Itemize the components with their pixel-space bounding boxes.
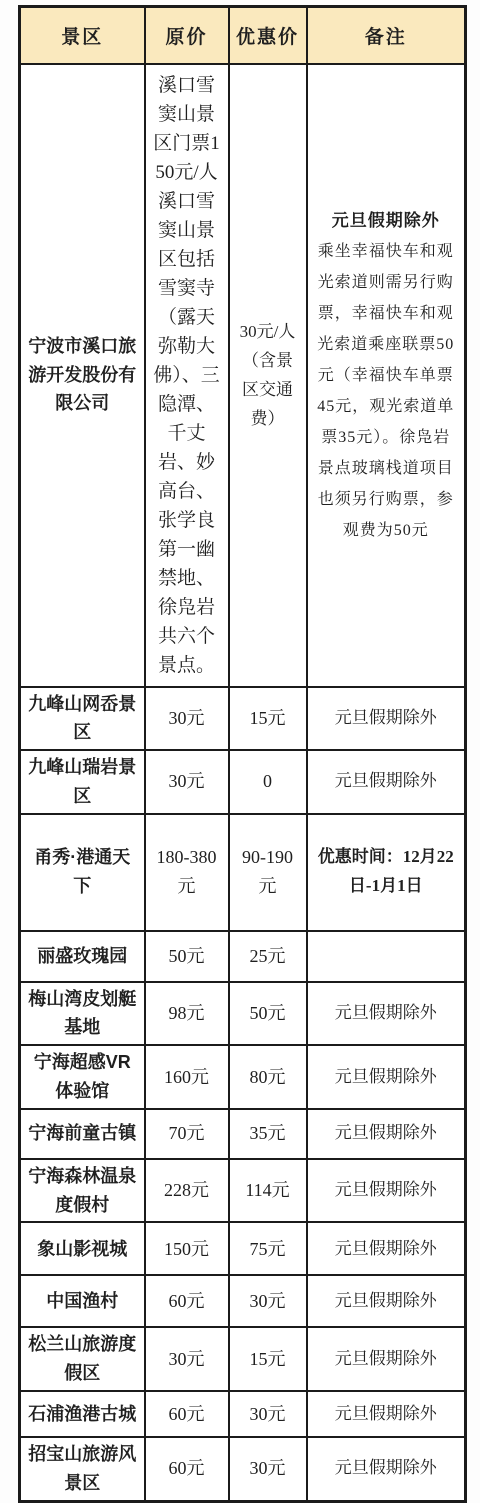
original-price-cell: 70元	[145, 1109, 229, 1159]
discount-price-cell: 90-190元	[229, 814, 307, 931]
discount-price-cell: 30元	[229, 1437, 307, 1501]
original-price-cell: 溪口雪窦山景区门票150元/人溪口雪窦山景区包括雪窦寺（露天弥勒大佛）、三隐潭、…	[145, 64, 229, 687]
discount-price-cell: 15元	[229, 687, 307, 751]
original-price-cell: 228元	[145, 1159, 229, 1223]
scenic-cell: 梅山湾皮划艇基地	[20, 982, 145, 1046]
original-price-cell: 60元	[145, 1437, 229, 1501]
remark-cell	[307, 931, 466, 982]
remark-cell: 元旦假期除外乘坐幸福快车和观光索道则需另行购票，幸福快车和观光索道乘座联票50元…	[307, 64, 466, 687]
original-price-cell: 150元	[145, 1222, 229, 1275]
discount-price-cell: 25元	[229, 931, 307, 982]
price-table: 景区 原价 优惠价 备注 宁波市溪口旅游开发股份有限公司 溪口雪窦山景区门票15…	[18, 5, 467, 1503]
original-price-cell: 50元	[145, 931, 229, 982]
original-price-cell: 60元	[145, 1391, 229, 1437]
table-row: 招宝山旅游风景区 60元 30元 元旦假期除外	[20, 1437, 466, 1501]
remark-cell: 元旦假期除外	[307, 1222, 466, 1275]
remark-cell: 元旦假期除外	[307, 1275, 466, 1327]
scenic-cell: 宁海超感VR体验馆	[20, 1045, 145, 1109]
header-row: 景区 原价 优惠价 备注	[20, 7, 466, 64]
scenic-cell: 甬秀·港通天下	[20, 814, 145, 931]
original-price-cell: 30元	[145, 1327, 229, 1391]
original-price-cell: 180-380元	[145, 814, 229, 931]
discount-price-cell: 80元	[229, 1045, 307, 1109]
table-row: 九峰山网岙景区 30元 15元 元旦假期除外	[20, 687, 466, 751]
remark-title: 元旦假期除外	[316, 205, 457, 236]
scenic-cell: 宁波市溪口旅游开发股份有限公司	[20, 64, 145, 687]
remark-cell: 元旦假期除外	[307, 1327, 466, 1391]
table-row: 宁海森林温泉度假村 228元 114元 元旦假期除外	[20, 1159, 466, 1223]
remark-cell: 优惠时间：12月22日-1月1日	[307, 814, 466, 931]
discount-price-cell: 0	[229, 750, 307, 814]
discount-price-cell: 114元	[229, 1159, 307, 1223]
table-row: 宁海超感VR体验馆 160元 80元 元旦假期除外	[20, 1045, 466, 1109]
remark-cell: 元旦假期除外	[307, 1045, 466, 1109]
scenic-cell: 九峰山瑞岩景区	[20, 750, 145, 814]
discount-price-cell: 30元/人（含景区交通费）	[229, 64, 307, 687]
header-original-price: 原价	[145, 7, 229, 64]
table-row: 中国渔村 60元 30元 元旦假期除外	[20, 1275, 466, 1327]
table-row: 九峰山瑞岩景区 30元 0 元旦假期除外	[20, 750, 466, 814]
discount-price-cell: 30元	[229, 1391, 307, 1437]
remark-cell: 元旦假期除外	[307, 750, 466, 814]
original-price-cell: 160元	[145, 1045, 229, 1109]
table-row: 甬秀·港通天下 180-380元 90-190元 优惠时间：12月22日-1月1…	[20, 814, 466, 931]
scenic-cell: 松兰山旅游度假区	[20, 1327, 145, 1391]
remark-cell: 元旦假期除外	[307, 687, 466, 751]
scenic-cell: 丽盛玫瑰园	[20, 931, 145, 982]
remark-body: 乘坐幸福快车和观光索道则需另行购票，幸福快车和观光索道乘座联票50元（幸福快车单…	[317, 243, 454, 539]
table-row: 宁波市溪口旅游开发股份有限公司 溪口雪窦山景区门票150元/人溪口雪窦山景区包括…	[20, 64, 466, 687]
original-price-cell: 30元	[145, 687, 229, 751]
remark-cell: 元旦假期除外	[307, 1391, 466, 1437]
table-row: 石浦渔港古城 60元 30元 元旦假期除外	[20, 1391, 466, 1437]
scenic-cell: 九峰山网岙景区	[20, 687, 145, 751]
remark-text: 优惠时间：12月22日-1月1日	[318, 847, 454, 895]
table-row: 宁海前童古镇 70元 35元 元旦假期除外	[20, 1109, 466, 1159]
header-scenic: 景区	[20, 7, 145, 64]
discount-price-cell: 15元	[229, 1327, 307, 1391]
scenic-cell: 招宝山旅游风景区	[20, 1437, 145, 1501]
scenic-cell: 宁海前童古镇	[20, 1109, 145, 1159]
remark-cell: 元旦假期除外	[307, 1109, 466, 1159]
scenic-cell: 中国渔村	[20, 1275, 145, 1327]
original-price-cell: 98元	[145, 982, 229, 1046]
discount-price-cell: 35元	[229, 1109, 307, 1159]
scenic-cell: 石浦渔港古城	[20, 1391, 145, 1437]
remark-cell: 元旦假期除外	[307, 1437, 466, 1501]
table-row: 松兰山旅游度假区 30元 15元 元旦假期除外	[20, 1327, 466, 1391]
remark-cell: 元旦假期除外	[307, 1159, 466, 1223]
table-row: 梅山湾皮划艇基地 98元 50元 元旦假期除外	[20, 982, 466, 1046]
discount-price-cell: 50元	[229, 982, 307, 1046]
scenic-cell: 象山影视城	[20, 1222, 145, 1275]
discount-price-cell: 30元	[229, 1275, 307, 1327]
header-discount-price: 优惠价	[229, 7, 307, 64]
table-row: 象山影视城 150元 75元 元旦假期除外	[20, 1222, 466, 1275]
remark-cell: 元旦假期除外	[307, 982, 466, 1046]
discount-price-cell: 75元	[229, 1222, 307, 1275]
original-price-cell: 60元	[145, 1275, 229, 1327]
original-price-cell: 30元	[145, 750, 229, 814]
table-row: 丽盛玫瑰园 50元 25元	[20, 931, 466, 982]
scenic-cell: 宁海森林温泉度假村	[20, 1159, 145, 1223]
header-remark: 备注	[307, 7, 466, 64]
